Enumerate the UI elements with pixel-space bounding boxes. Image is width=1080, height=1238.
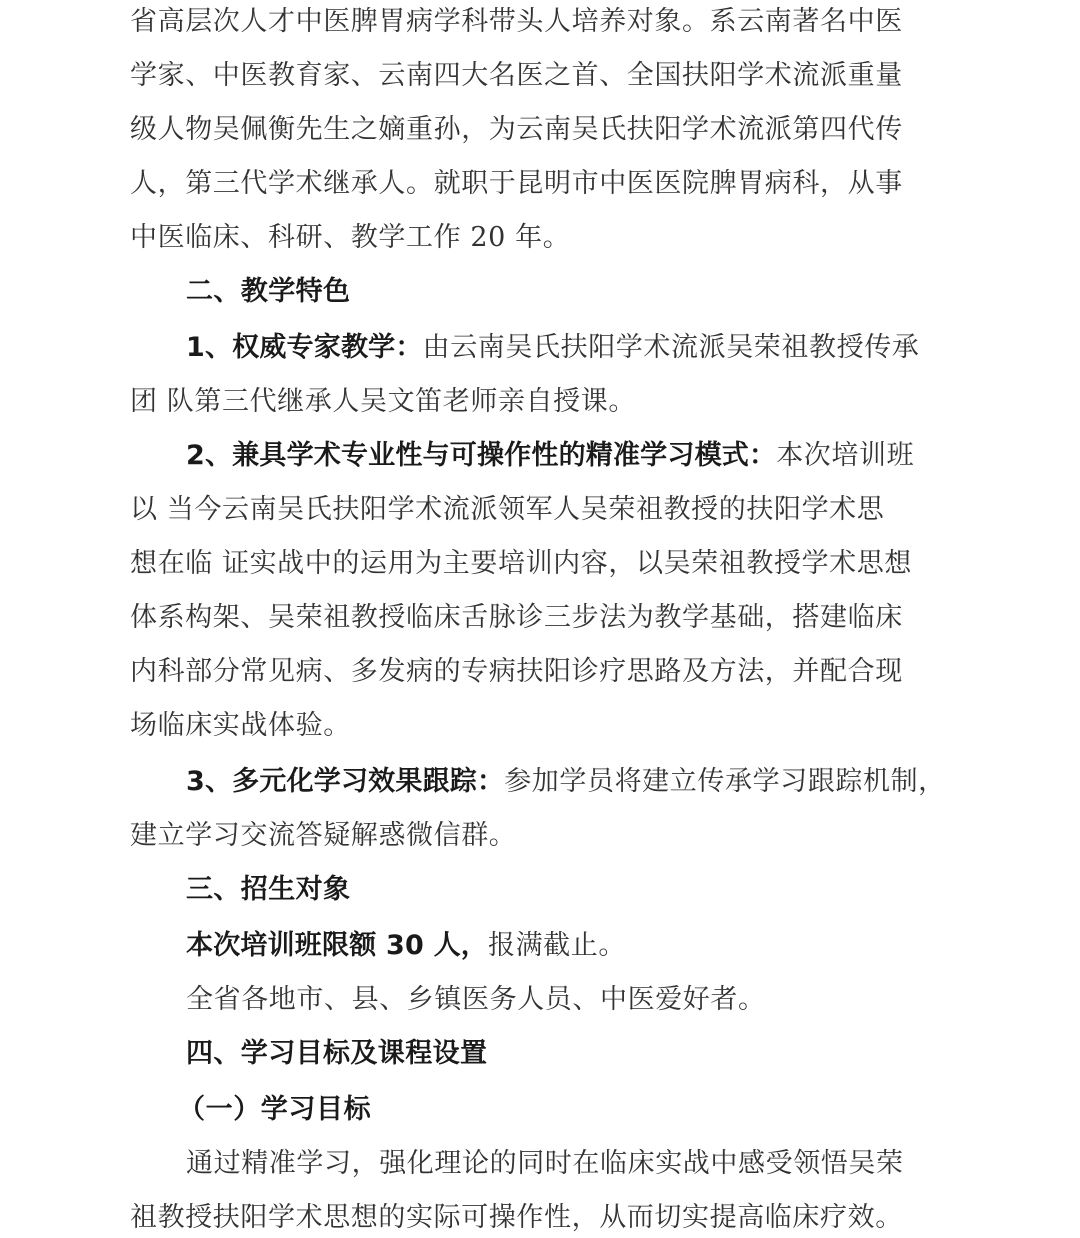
section-heading-learning-goals-courses: 四、学习目标及课程设置 <box>186 1034 487 1074</box>
feature-item-2-line-4: 体系构架、吴荣祖教授临床舌脉诊三步法为教学基础，搭建临床 <box>130 598 903 638</box>
feature-item-3-line-1: 3、多元化学习效果跟踪：参加学员将建立传承学习跟踪机制， <box>186 762 946 802</box>
feature-item-2-line-3: 想在临 证实战中的运用为主要培训内容，以吴荣祖教授学术思想 <box>130 544 912 584</box>
feature-item-3-line-2: 建立学习交流答疑解惑微信群。 <box>130 816 516 856</box>
learning-goals-line-1: 通过精准学习，强化理论的同时在临床实战中感受领悟吴荣 <box>186 1144 904 1184</box>
feature-item-2-line-2: 以 当今云南吴氏扶阳学术流派领军人吴荣祖教授的扶阳学术思 <box>130 490 884 530</box>
intro-line-2: 学家、中医教育家、云南四大名医之首、全国扶阳学术流派重量 <box>130 56 903 96</box>
document-page: 省高层次人才中医脾胃病学科带头人培养对象。系云南著名中医 学家、中医教育家、云南… <box>0 0 1080 1238</box>
feature-item-2-text: 本次培训班 <box>776 440 914 471</box>
feature-item-3-text: 参加学员将建立传承学习跟踪机制， <box>504 766 946 797</box>
subsection-heading-learning-goals: （一）学习目标 <box>178 1090 371 1130</box>
enrollment-quota-bold: 本次培训班限额 30 人， <box>186 930 488 961</box>
feature-item-1-text: 由云南吴氏扶阳学术流派吴荣祖教授传承 <box>423 332 920 363</box>
intro-line-5: 中医临床、科研、教学工作 20 年。 <box>130 218 570 258</box>
learning-goals-line-2: 祖教授扶阳学术思想的实际可操作性，从而切实提高临床疗效。 <box>130 1198 903 1238</box>
feature-item-2-line-6: 场临床实战体验。 <box>130 706 351 746</box>
enrollment-audience: 全省各地市、县、乡镇医务人员、中医爱好者。 <box>186 980 766 1020</box>
feature-item-2-line-5: 内科部分常见病、多发病的专病扶阳诊疗思路及方法，并配合现 <box>130 652 903 692</box>
feature-item-1-line-2: 团 队第三代继承人吴文笛老师亲自授课。 <box>130 382 636 422</box>
enrollment-quota: 本次培训班限额 30 人，报满截止。 <box>186 926 626 966</box>
feature-item-1-title: 1、权威专家教学： <box>186 332 423 363</box>
section-heading-enrollment-target: 三、招生对象 <box>186 870 350 910</box>
intro-line-1: 省高层次人才中医脾胃病学科带头人培养对象。系云南著名中医 <box>130 2 903 42</box>
section-heading-teaching-features: 二、教学特色 <box>186 272 350 312</box>
intro-line-3: 级人物吴佩衡先生之嫡重孙，为云南吴氏扶阳学术流派第四代传 <box>130 110 903 150</box>
feature-item-2-title: 2、兼具学术专业性与可操作性的精准学习模式： <box>186 440 776 471</box>
feature-item-2-line-1: 2、兼具学术专业性与可操作性的精准学习模式：本次培训班 <box>186 436 914 476</box>
feature-item-3-title: 3、多元化学习效果跟踪： <box>186 766 504 797</box>
enrollment-quota-rest: 报满截止。 <box>488 930 626 961</box>
feature-item-1-line-1: 1、权威专家教学：由云南吴氏扶阳学术流派吴荣祖教授传承 <box>186 328 919 368</box>
intro-line-4: 人，第三代学术继承人。就职于昆明市中医医院脾胃病科，从事 <box>130 164 903 204</box>
